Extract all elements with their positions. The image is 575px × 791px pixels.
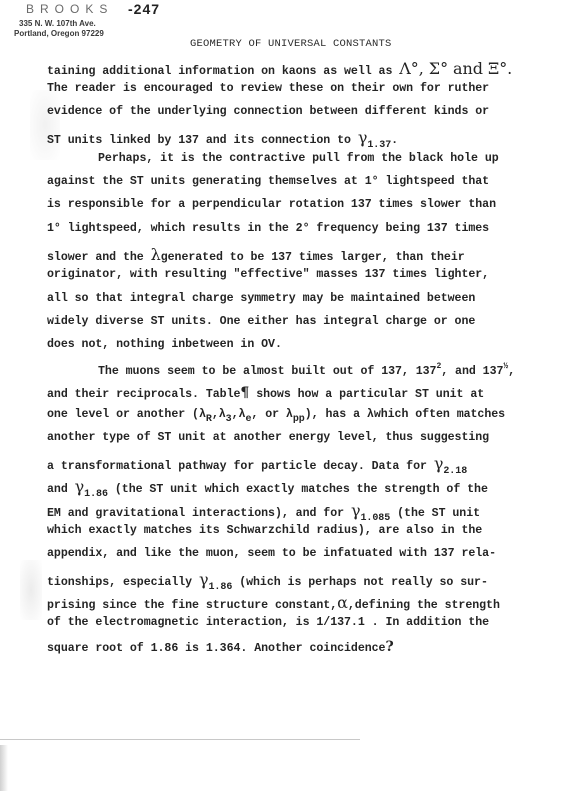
text-run: which exactly matches its Schwarzchild r…	[47, 524, 482, 537]
text-run: (which is perhaps not really so sur-	[232, 576, 488, 589]
text-line: appendix, and like the muon, seem to be …	[47, 547, 496, 560]
text-line: ST units linked by 137 and its connectio…	[47, 128, 398, 151]
greek-symbol: Λ°, Σ° and Ξ°.	[399, 59, 512, 78]
text-run: EM and gravitational interactions), and …	[47, 507, 351, 520]
text-run: and	[47, 483, 75, 496]
text-line: Perhaps, it is the contractive pull from…	[98, 152, 499, 165]
text-line: taining additional information on kaons …	[47, 59, 512, 78]
text-run: taining additional information on kaons …	[47, 65, 399, 78]
text-run: all so that integral charge symmetry may…	[47, 292, 475, 305]
paper-smudge	[20, 560, 42, 620]
text-run: ,defining the strength	[348, 599, 500, 612]
text-line: one level or another (λR,λ3,λe, or λpp),…	[47, 408, 505, 425]
subscript: 1.86	[208, 582, 232, 593]
text-run: (the ST unit	[390, 507, 480, 520]
text-run: widely diverse ST units. One either has …	[47, 315, 475, 328]
handwritten-mark: ¶	[240, 385, 249, 401]
text-run: shows how a particular ST unit at	[249, 388, 484, 401]
text-line: a transformational pathway for particle …	[47, 454, 467, 477]
text-line: The muons seem to be almost built out of…	[98, 362, 515, 378]
scan-edge-shadow	[0, 745, 8, 791]
text-run: one level or another (λ	[47, 408, 206, 421]
handwritten-mark: ?	[385, 639, 393, 655]
text-run: originator, with resulting "effective" m…	[47, 268, 489, 281]
text-line: square root of 1.86 is 1.364. Another co…	[47, 639, 394, 655]
text-run: ,	[508, 365, 515, 378]
text-line: against the ST units generating themselv…	[47, 175, 489, 188]
text-line: prising since the fine structure constan…	[47, 593, 500, 612]
text-run: tionships, especially	[47, 576, 199, 589]
stamp-name: BROOKS	[26, 2, 113, 16]
text-line: EM and gravitational interactions), and …	[47, 501, 480, 524]
text-line: and γ1.86 (the ST unit which exactly mat…	[47, 477, 488, 500]
text-line: 1° lightspeed, which results in the 2° f…	[47, 222, 489, 235]
text-run: appendix, and like the muon, seem to be …	[47, 547, 496, 560]
text-line: of the electromagnetic interaction, is 1…	[47, 616, 489, 629]
text-run: 1° lightspeed, which results in the 2° f…	[47, 222, 489, 235]
text-run: is responsible for a perpendicular rotat…	[47, 198, 496, 211]
text-line: all so that integral charge symmetry may…	[47, 292, 475, 305]
subscript: pp	[293, 414, 305, 425]
subscript: 1.37	[367, 140, 391, 151]
text-run: , or λ	[251, 408, 292, 421]
greek-symbol: λ	[151, 245, 161, 264]
text-line: The reader is encouraged to review these…	[47, 82, 489, 95]
text-line: another type of ST unit at another energ…	[47, 431, 489, 444]
greek-symbol: γ	[75, 477, 85, 496]
text-run: , and 137	[441, 365, 503, 378]
text-line: widely diverse ST units. One either has …	[47, 315, 475, 328]
text-line: and their reciprocals. Table¶ shows how …	[47, 385, 484, 401]
greek-symbol: α	[337, 593, 348, 612]
text-line: originator, with resulting "effective" m…	[47, 268, 489, 281]
stamp-address-street: 335 N. W. 107th Ave.	[19, 19, 96, 28]
page-title: GEOMETRY OF UNIVERSAL CONSTANTS	[190, 38, 392, 50]
page-number-handwritten: -247	[128, 1, 160, 17]
text-run: (the ST unit which exactly matches the s…	[108, 483, 488, 496]
text-line: which exactly matches its Schwarzchild r…	[47, 524, 482, 537]
stamp-address-city: Portland, Oregon 97229	[14, 29, 104, 38]
text-run: against the ST units generating themselv…	[47, 175, 489, 188]
text-line: evidence of the underlying connection be…	[47, 105, 489, 118]
text-run: The reader is encouraged to review these…	[47, 82, 489, 95]
text-run: another type of ST unit at another energ…	[47, 431, 489, 444]
text-run: .	[391, 134, 398, 147]
text-line: does not, nothing inbetween in OV.	[47, 338, 282, 351]
text-run: prising since the fine structure constan…	[47, 599, 337, 612]
text-run: generated to be 137 times larger, than t…	[161, 251, 465, 264]
text-run: and their reciprocals. Table	[47, 388, 240, 401]
text-run: ), has a λwhich often matches	[305, 408, 505, 421]
text-run: The muons seem to be almost built out of…	[98, 365, 436, 378]
subscript: 1.085	[360, 513, 390, 524]
text-line: is responsible for a perpendicular rotat…	[47, 198, 496, 211]
subscript: 2.18	[443, 466, 467, 477]
text-run: a transformational pathway for particle …	[47, 460, 434, 473]
text-run: ST units linked by 137 and its connectio…	[47, 134, 358, 147]
subscript: 1.86	[84, 489, 108, 500]
greek-symbol: γ	[358, 128, 368, 147]
text-run: ,λ	[232, 408, 246, 421]
text-run: ,λ	[212, 408, 226, 421]
text-run: does not, nothing inbetween in OV.	[47, 338, 282, 351]
text-run: square root of 1.86 is 1.364. Another co…	[47, 642, 385, 655]
text-run: evidence of the underlying connection be…	[47, 105, 489, 118]
greek-symbol: γ	[434, 454, 444, 473]
text-run: slower and the	[47, 251, 151, 264]
text-run: of the electromagnetic interaction, is 1…	[47, 616, 489, 629]
text-line: slower and the λgenerated to be 137 time…	[47, 245, 465, 264]
scan-edge-line	[0, 739, 360, 740]
text-line: tionships, especially γ1.86 (which is pe…	[47, 570, 488, 593]
text-run: Perhaps, it is the contractive pull from…	[98, 152, 499, 165]
